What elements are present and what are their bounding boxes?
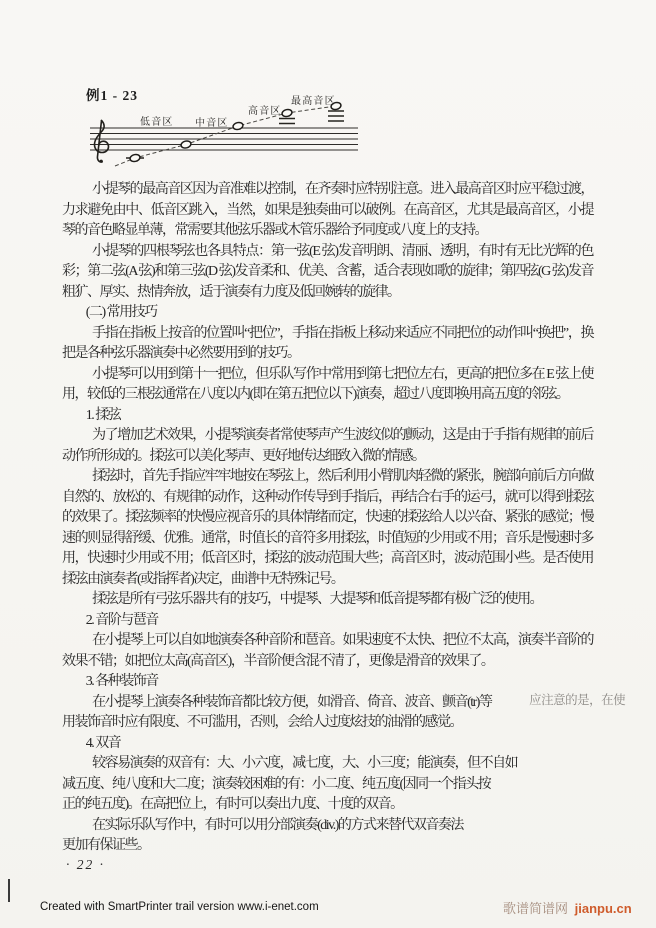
paragraph-strings: 小提琴的四根琴弦也各具特点：第一弦(E 弦)发音明朗、清丽、透明，有时有无比光辉… bbox=[62, 242, 593, 304]
doublestops-line-1: 较容易演奏的双音有：大、小六度，减七度，大、小三度；能演奏，但不自如 bbox=[62, 754, 593, 775]
paragraph-vibrato-1: 为了增加艺术效果，小提琴演奏者常使琴声产生波纹似的颤动，这是由于手指有规律的前后… bbox=[62, 426, 593, 467]
register-rise-line bbox=[115, 106, 336, 166]
label-low-register: 低音区 bbox=[140, 115, 174, 128]
doublestops-line-2: 减五度、纯八度和大二度；演奏较困难的有：小二度、纯五度(因同一个指头按 bbox=[62, 775, 593, 796]
site-name: 歌谱简谱网 bbox=[503, 901, 568, 916]
site-url: jianpu.cn bbox=[575, 901, 632, 916]
paragraph-position-1: 手指在指板上按音的位置叫“把位”，手指在指板上移动来适应不同把位的动作叫“换把”… bbox=[62, 324, 593, 365]
treble-clef-icon bbox=[95, 121, 109, 163]
note-high-register-entry bbox=[232, 121, 243, 130]
ornaments-line-2: 用装饰音时应有限度、不可滥用，否则，会给人过度炫技的油滑的感觉。 bbox=[62, 713, 593, 734]
scanned-book-page: 例1 - 23 bbox=[0, 0, 656, 928]
section-heading-techniques: (二) 常用技巧 bbox=[62, 303, 593, 324]
note-middle-register bbox=[180, 140, 191, 149]
subheading-vibrato: 1. 揉弦 bbox=[62, 406, 593, 427]
page-number: · 22 · bbox=[66, 857, 105, 873]
paragraph-vibrato-3: 揉弦是所有弓弦乐器共有的技巧，中提琴、大提琴和低音提琴都有极广泛的使用。 bbox=[62, 590, 593, 611]
paragraph-register: 小提琴的最高音区因为音准难以控制，在齐奏时应特别注意。进入最高音区时应平稳过渡，… bbox=[62, 180, 593, 242]
subheading-scales: 2. 音阶与琶音 bbox=[62, 611, 593, 632]
margin-text-fragment: 应注意的是，在使 bbox=[499, 690, 625, 711]
staff-notation: 低音区 中音区 高音区 最高音区 bbox=[85, 93, 377, 185]
paragraph-position-2: 小提琴可以用到第十一把位，但乐队写作中常用到第七把位左右，更高的把位多在 E 弦… bbox=[62, 365, 593, 406]
scan-edge-artifact bbox=[8, 879, 10, 902]
label-middle-register: 中音区 bbox=[195, 116, 229, 129]
paragraph-vibrato-2: 揉弦时，首先手指应牢牢地按在琴弦上，然后利用小臂肌肉轻微的紧张，腕部向前后方向做… bbox=[62, 467, 593, 590]
doublestops-line-4: 在实际乐队写作中，有时可以用分部演奏(div.)的方式来替代双音奏法 bbox=[62, 816, 593, 837]
ornaments-line-1-text: 在小提琴上演奏各种装饰音都比较方便，如滑音、倚音、波音、颤音(tr)等 bbox=[92, 695, 491, 710]
paragraph-scales: 在小提琴上可以自如地演奏各种音阶和琶音。如果速度不太快、把位不太高，演奏半音阶的… bbox=[62, 631, 593, 672]
note-high-register bbox=[281, 108, 292, 117]
watermark-site: 歌谱简谱网 jianpu.cn bbox=[503, 898, 632, 917]
doublestops-line-5: 更加有保证些。 bbox=[62, 836, 593, 857]
watermark-smartprinter: Created with SmartPrinter trail version … bbox=[40, 901, 319, 913]
label-high-register: 高音区 bbox=[248, 104, 282, 117]
note-low-register bbox=[129, 153, 140, 162]
doublestops-line-3: 正的纯五度)。在高把位上，有时可以奏出九度、十度的双音。 bbox=[62, 795, 593, 816]
text-column: 小提琴的最高音区因为音准难以控制，在齐奏时应特别注意。进入最高音区时应平稳过渡，… bbox=[62, 180, 593, 857]
music-example-figure: 低音区 中音区 高音区 最高音区 bbox=[85, 93, 377, 185]
label-highest-register: 最高音区 bbox=[291, 94, 336, 107]
subheading-doublestops: 4. 双音 bbox=[62, 734, 593, 755]
ornaments-line-1: 在小提琴上演奏各种装饰音都比较方便，如滑音、倚音、波音、颤音(tr)等 应注意的… bbox=[62, 693, 593, 714]
